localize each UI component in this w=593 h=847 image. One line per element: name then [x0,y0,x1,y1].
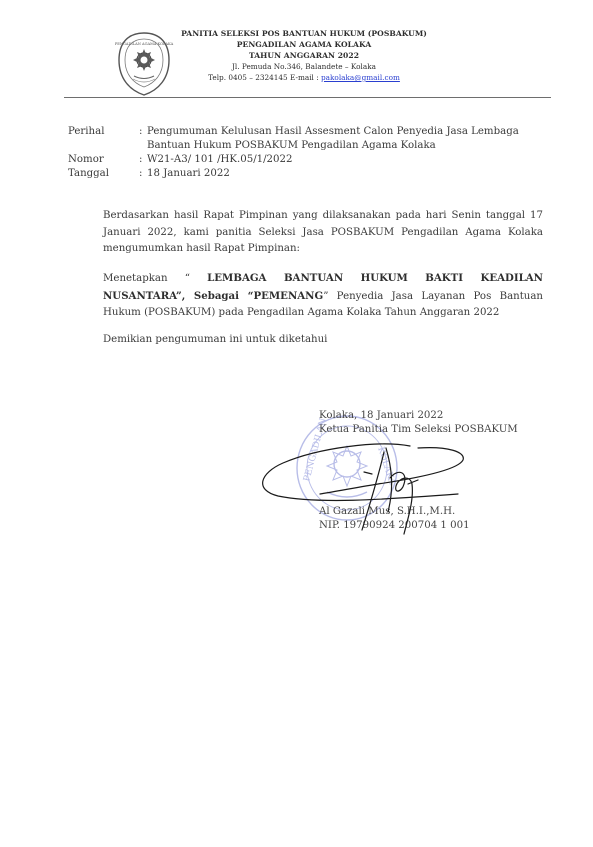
nomor-row: Nomor :W21-A3/ 101 /HK.05/1/2022 [68,153,545,167]
perihal-value: Pengumuman Kelulusan Hasil Assesment Cal… [147,126,519,137]
handwritten-signature-icon [258,438,488,538]
winner-status: PEMENANG [253,290,323,302]
letterhead-committee: PANITIA SELEKSI POS BANTUAN HUKUM (POSBA… [170,28,438,39]
email-link[interactable]: pakolaka@gmail.com [321,73,400,82]
perihal-value-cont: Bantuan Hukum POSBAKUM Pengadilan Agama … [68,139,545,153]
letterhead-address: Jl. Pemuda No.346, Balandete – Kolaka [170,61,438,72]
court-emblem-icon: PENGADILAN AGAMA KOLAKA [114,30,174,98]
letterhead-contact: Telp. 0405 – 2324145 E-mail : pakolaka@g… [170,72,438,83]
letter-metadata: Perihal :Pengumuman Kelulusan Hasil Asse… [68,125,545,181]
paragraph-closing: Demikian pengumuman ini untuk diketahui [103,332,543,349]
letterhead-year: TAHUN ANGGARAN 2022 [170,50,438,61]
tanggal-value: 18 Januari 2022 [147,168,230,179]
signature-position: Ketua Panitia Tim Seleksi POSBAKUM [319,423,549,437]
letterhead-divider [64,97,551,98]
paragraph-decision: Menetapkan “ LEMBAGA BANTUAN HUKUM BAKTI… [103,270,543,322]
letterhead-court: PENGADILAN AGAMA KOLAKA [170,39,438,50]
signature-place-date: Kolaka, 18 Januari 2022 [319,409,549,423]
letter-page: PENGADILAN AGAMA KOLAKA PANITIA SELEKSI … [0,0,593,847]
svg-text:PENGADILAN AGAMA KOLAKA: PENGADILAN AGAMA KOLAKA [115,42,174,46]
letterhead: PANITIA SELEKSI POS BANTUAN HUKUM (POSBA… [170,28,438,83]
perihal-label: Perihal [68,125,139,139]
tanggal-row: Tanggal :18 Januari 2022 [68,167,545,181]
paragraph-meeting: Berdasarkan hasil Rapat Pimpinan yang di… [103,208,543,258]
nomor-value: W21-A3/ 101 /HK.05/1/2022 [147,154,292,165]
letterhead-phone: Telp. 0405 – 2324145 E-mail : [208,73,321,82]
nomor-label: Nomor [68,153,139,167]
tanggal-label: Tanggal [68,167,139,181]
perihal-row: Perihal :Pengumuman Kelulusan Hasil Asse… [68,125,545,139]
